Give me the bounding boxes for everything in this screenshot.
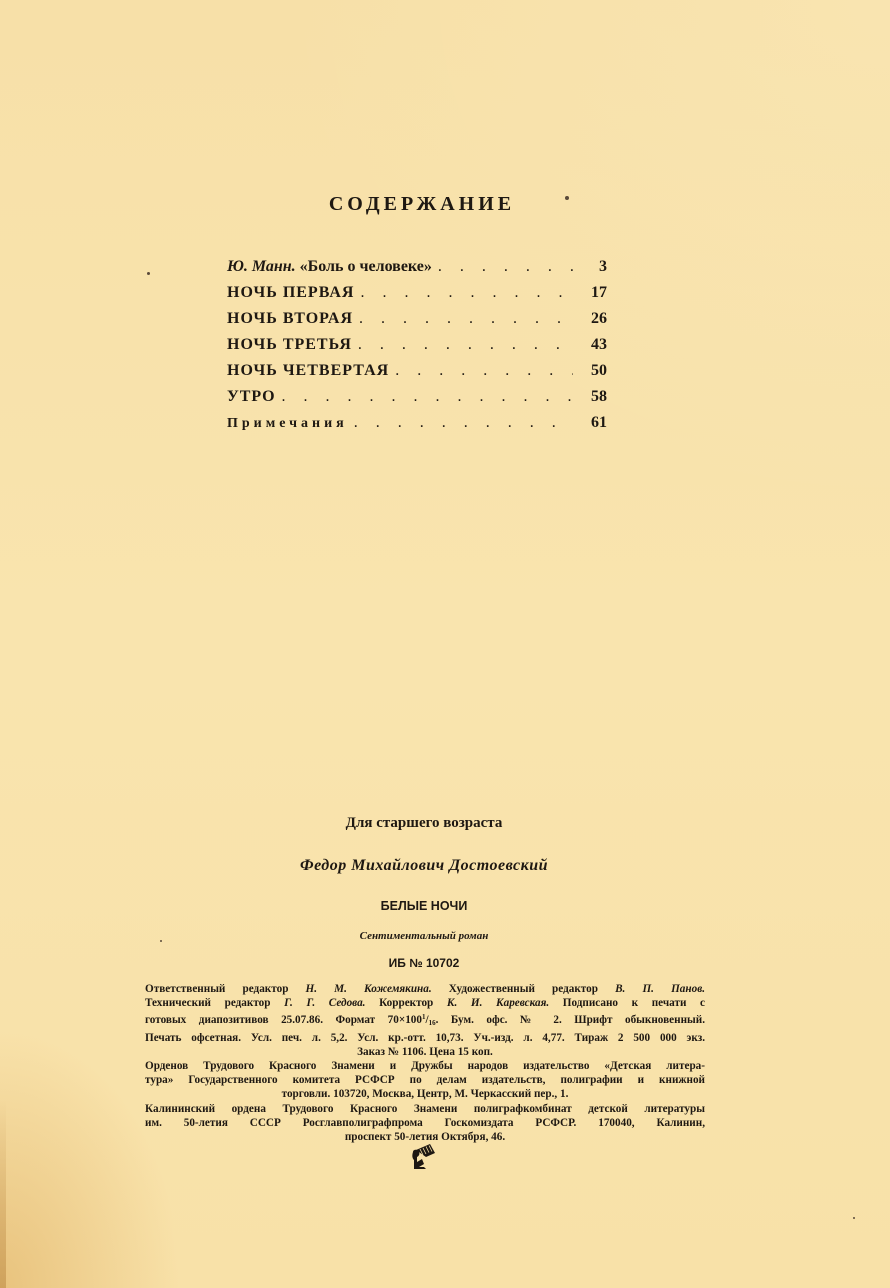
credits-line: Калининский ордена Трудового Красного Зн… bbox=[145, 1102, 705, 1116]
credits-line: Технический редактор Г. Г. Седова. Корре… bbox=[145, 996, 705, 1010]
leader-dots bbox=[360, 284, 573, 302]
leader-dots bbox=[395, 362, 573, 380]
author-name: Федор Михайлович Достоевский bbox=[0, 857, 848, 875]
publisher-logo-icon bbox=[410, 1140, 438, 1170]
toc-entry-foreword[interactable]: Ю. Манн. «Боль о человеке» 3 bbox=[227, 258, 607, 284]
toc-entry-page: 61 bbox=[579, 414, 607, 432]
toc-entry-label: «Боль о человеке» bbox=[300, 258, 432, 275]
credits-line: Ответственный редактор Н. М. Кожемякина.… bbox=[145, 982, 705, 996]
toc-entry-label: НОЧЬ ЧЕТВЕРТАЯ bbox=[227, 362, 389, 380]
toc-entry-page: 50 bbox=[579, 362, 607, 380]
toc-entry-night-2[interactable]: НОЧЬ ВТОРАЯ 26 bbox=[227, 310, 607, 336]
credits-line: тура» Государственного комитета РСФСР по… bbox=[145, 1073, 705, 1087]
book-title: БЕЛЫЕ НОЧИ bbox=[0, 899, 848, 913]
leader-dots bbox=[358, 336, 573, 354]
credits-line: им. 50-летия СССР Росглавполиграфпрома Г… bbox=[145, 1116, 705, 1130]
toc-entry-night-1[interactable]: НОЧЬ ПЕРВАЯ 17 bbox=[227, 284, 607, 310]
credits-line: Орденов Трудового Красного Знамени и Дру… bbox=[145, 1059, 705, 1073]
credits-line: Заказ № 1106. Цена 15 коп. bbox=[145, 1045, 705, 1059]
toc-entry-page: 43 bbox=[579, 336, 607, 354]
ib-number: ИБ № 10702 bbox=[0, 956, 848, 970]
paper-speck bbox=[853, 1217, 855, 1219]
leader-dots bbox=[359, 310, 573, 328]
paper-speck bbox=[147, 272, 150, 275]
toc-entry-label: НОЧЬ ПЕРВАЯ bbox=[227, 284, 354, 302]
leader-dots bbox=[354, 414, 573, 432]
credits-line: готовых диапозитивов 25.07.86. Формат 70… bbox=[145, 1010, 705, 1030]
corrector: К. И. Каревская. bbox=[447, 997, 549, 1009]
toc-entry-author: Ю. Манн. bbox=[227, 258, 296, 275]
toc-entry-page: 58 bbox=[579, 388, 607, 406]
toc-entry-notes[interactable]: Примечания 61 bbox=[227, 414, 607, 440]
paper-speck bbox=[565, 196, 569, 200]
leader-dots bbox=[438, 258, 573, 276]
age-group: Для старшего возраста bbox=[0, 815, 848, 832]
responsible-editor: Н. М. Кожемякина. bbox=[306, 983, 432, 995]
publication-credits: Ответственный редактор Н. М. Кожемякина.… bbox=[145, 982, 705, 1144]
leader-dots bbox=[282, 388, 573, 406]
toc-entry-page: 26 bbox=[579, 310, 607, 328]
toc-entry-label: Примечания bbox=[227, 416, 348, 432]
toc-entry-page: 17 bbox=[579, 284, 607, 302]
book-genre: Сентиментальный роман bbox=[0, 930, 848, 942]
credits-line: Печать офсетная. Усл. печ. л. 5,2. Усл. … bbox=[145, 1031, 705, 1045]
toc-entry-label: НОЧЬ ТРЕТЬЯ bbox=[227, 336, 352, 354]
contents-title: СОДЕРЖАНИЕ bbox=[0, 193, 844, 216]
toc-entry-page: 3 bbox=[579, 258, 607, 276]
paper-speck bbox=[160, 940, 162, 942]
toc-entry-night-3[interactable]: НОЧЬ ТРЕТЬЯ 43 bbox=[227, 336, 607, 362]
toc-entry-label: УТРО bbox=[227, 388, 276, 406]
toc-entry-label: НОЧЬ ВТОРАЯ bbox=[227, 310, 353, 328]
art-editor: В. П. Панов. bbox=[615, 983, 705, 995]
toc-entry-night-4[interactable]: НОЧЬ ЧЕТВЕРТАЯ 50 bbox=[227, 362, 607, 388]
table-of-contents: Ю. Манн. «Боль о человеке» 3 НОЧЬ ПЕРВАЯ… bbox=[227, 258, 607, 440]
toc-entry-morning[interactable]: УТРО 58 bbox=[227, 388, 607, 414]
paper-stain bbox=[0, 1100, 6, 1288]
credits-line: торговли. 103720, Москва, Центр, М. Черк… bbox=[145, 1087, 705, 1101]
technical-editor: Г. Г. Седова. bbox=[284, 997, 365, 1009]
